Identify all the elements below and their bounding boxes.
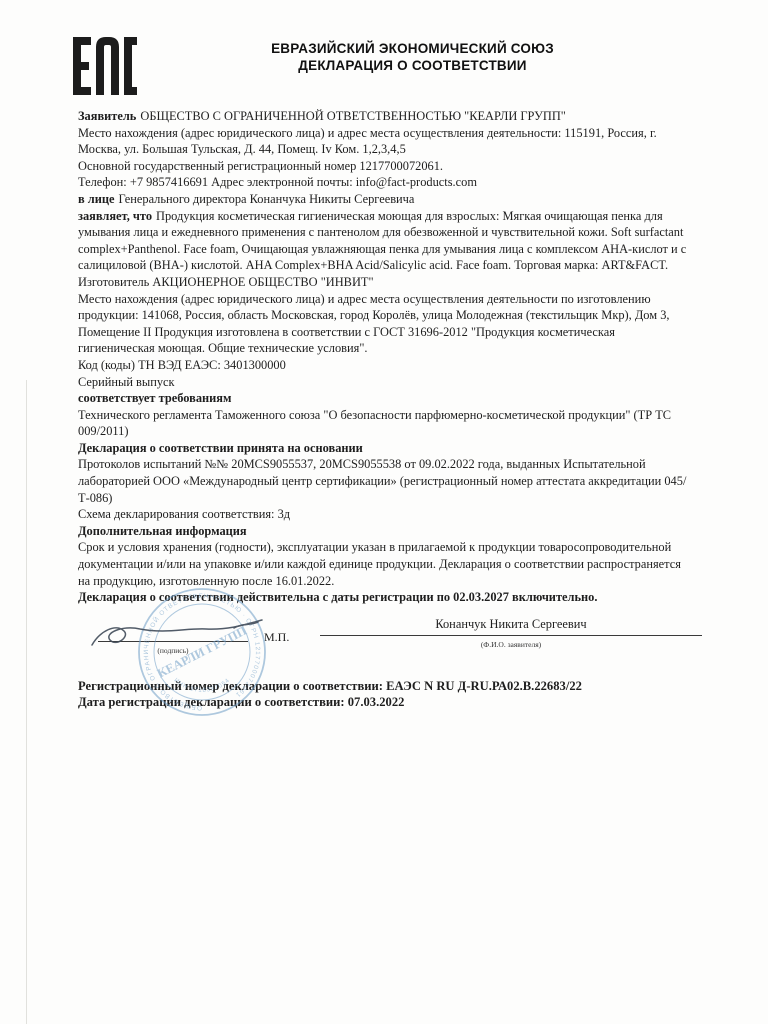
compliance-text: Технического регламента Таможенного союз… (78, 407, 691, 440)
compliance-label: соответствует требованиям (78, 390, 691, 407)
declares-label: заявляет, что (78, 209, 152, 223)
applicant-representative: в лицеГенерального директора Конанчука Н… (78, 191, 691, 208)
product-declaration: заявляет, чтоПродукция косметическая гиг… (78, 208, 691, 274)
in-person-name: Генерального директора Конанчука Никиты … (119, 192, 415, 206)
applicant-fio: Конанчук Никита Сергеевич (320, 616, 702, 633)
applicant-contacts: Телефон: +7 9857416691 Адрес электронной… (78, 174, 691, 191)
applicant-name: ОБЩЕСТВО С ОГРАНИЧЕННОЙ ОТВЕТСТВЕННОСТЬЮ… (140, 109, 566, 123)
declaration-scheme: Схема декларирования соответствия: 3д (78, 506, 691, 523)
stamp-place-note: М.П. (264, 629, 289, 646)
additional-info-text: Срок и условия хранения (годности), эксп… (78, 539, 691, 589)
signature-block: (подпись) М.П. Конанчук Никита Сергеевич… (78, 614, 691, 678)
additional-info-label: Дополнительная информация (78, 523, 691, 540)
validity-statement: Декларация о соответствии действительна … (78, 589, 691, 606)
release-type: Серийный выпуск (78, 374, 691, 391)
signature-line (98, 641, 248, 642)
signature-caption: (подпись) (98, 643, 248, 660)
in-person-label: в лице (78, 192, 115, 206)
document-title: ЕВРАЗИЙСКИЙ ЭКОНОМИЧЕСКИЙ СОЮЗ ДЕКЛАРАЦИ… (240, 40, 585, 74)
manufacturer-address: Место нахождения (адрес юридического лиц… (78, 291, 691, 357)
fio-line (320, 635, 702, 636)
applicant-name-line: ЗаявительОБЩЕСТВО С ОГРАНИЧЕННОЙ ОТВЕТСТ… (78, 108, 691, 125)
document-body: ЗаявительОБЩЕСТВО С ОГРАНИЧЕННОЙ ОТВЕТСТ… (78, 108, 691, 711)
declaration-heading: ДЕКЛАРАЦИЯ О СООТВЕТСТВИИ (240, 57, 585, 74)
registration-date: Дата регистрации декларации о соответств… (78, 694, 691, 711)
tnved-code: Код (коды) ТН ВЭД ЕАЭС: 3401300000 (78, 357, 691, 374)
product-description: Продукция косметическая гигиеническая мо… (78, 209, 686, 273)
applicant-address: Место нахождения (адрес юридического лиц… (78, 125, 691, 158)
applicant-label: Заявитель (78, 109, 136, 123)
manufacturer-line: Изготовитель АКЦИОНЕРНОЕ ОБЩЕСТВО "ИНВИТ… (78, 274, 691, 291)
basis-label: Декларация о соответствии принята на осн… (78, 440, 691, 457)
scan-paper-edge (26, 380, 27, 1024)
eac-mark-icon (73, 37, 137, 95)
declaration-document: ЕВРАЗИЙСКИЙ ЭКОНОМИЧЕСКИЙ СОЮЗ ДЕКЛАРАЦИ… (0, 0, 768, 1024)
basis-text: Протоколов испытаний №№ 20MCS9055537, 20… (78, 456, 691, 506)
union-name: ЕВРАЗИЙСКИЙ ЭКОНОМИЧЕСКИЙ СОЮЗ (240, 40, 585, 57)
registration-number: Регистрационный номер декларации о соотв… (78, 678, 691, 695)
applicant-ogrn: Основной государственный регистрационный… (78, 158, 691, 175)
fio-caption: (Ф.И.О. заявителя) (320, 637, 702, 654)
